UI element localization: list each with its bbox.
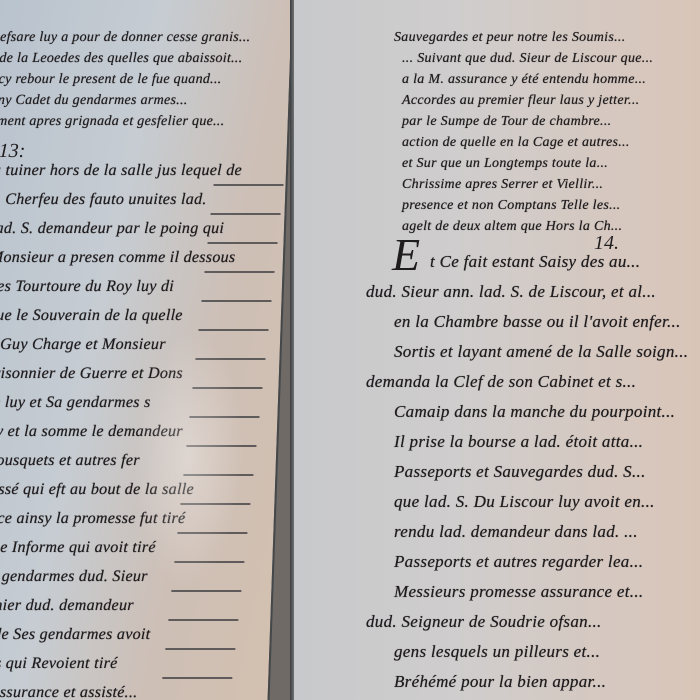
manuscript-line: que lad. S. Du Liscour luy avoit en... — [394, 492, 655, 512]
manuscript-line: ...Monsieur a presen comme il dessous — [0, 249, 236, 267]
manuscript-line: ...ny Cadet du gendarmes armes... — [0, 93, 188, 109]
manuscript-line: ...ley et la somme le demandeur — [0, 423, 183, 441]
manuscript-line: ... Suivant que dud. Sieur de Liscour qu… — [402, 51, 653, 67]
manuscript-line: ...ie de Ses gendarmes avoit — [0, 626, 151, 644]
manuscript-line: Sauvegardes et peur notre les Soumis... — [394, 30, 626, 46]
manuscript-line: ...ment apres grignada et gesfelier que.… — [0, 114, 225, 130]
manuscript-line: en la Chambre basse ou il l'avoit enfer.… — [394, 312, 681, 332]
line-filler-stroke — [186, 445, 256, 447]
manuscript-line: gens lesquels un pilleurs et... — [394, 642, 600, 662]
manuscript-line: ...esse Informe qui avoit tiré — [0, 539, 156, 557]
manuscript-line: ...t. Guy Charge et Monsieur — [0, 336, 166, 354]
manuscript-line: ...les gendarmes dud. Sieur — [0, 568, 148, 586]
line-filler-stroke — [183, 474, 253, 476]
line-filler-stroke — [168, 619, 238, 621]
manuscript-line: action de quelle en la Cage et autres... — [402, 135, 630, 151]
manuscript-line: ...de la Leoedes des quelles que abaisso… — [0, 51, 243, 67]
line-filler-stroke — [201, 300, 271, 302]
line-filler-stroke — [207, 242, 277, 244]
manuscript-line: ...mes qui Revoient tiré — [0, 655, 118, 673]
line-filler-stroke — [211, 213, 281, 215]
line-filler-stroke — [174, 561, 244, 563]
left-page: ...efsare luy a pour de donner cesse gra… — [0, 0, 294, 700]
manuscript-line: presence et non Comptans Telle les... — [402, 198, 620, 214]
manuscript-line: dud. Sieur ann. lad. S. de Liscour, et a… — [366, 282, 656, 302]
line-filler-stroke — [195, 358, 265, 360]
manuscript-line: agelt de deux altem que Hors la Ch... — [402, 219, 622, 235]
decorative-initial: E — [392, 228, 420, 281]
manuscript-line: Il prise la bourse a lad. étoit atta... — [394, 432, 643, 452]
manuscript-line: Accordes au premier fleur laus y jetter.… — [402, 93, 639, 109]
manuscript-line: ...que le Souverain de la quelle — [0, 307, 183, 325]
manuscript-line: ...efsare luy a pour de donner cesse gra… — [0, 30, 251, 46]
manuscript-line: ...cy rebour le present de le fue quand.… — [0, 72, 222, 88]
line-filler-stroke — [204, 271, 274, 273]
manuscript-line: ...des Tourtoure du Roy luy di — [0, 278, 174, 296]
manuscript-line: Camaip dans la manche du pourpoint... — [394, 402, 675, 422]
line-filler-stroke — [214, 184, 284, 186]
manuscript-line: ...prisonnier de Guerre et Dons — [0, 365, 183, 383]
manuscript-line: Messieurs promesse assurance et... — [394, 582, 643, 602]
manuscript-line: ...lad. S. demandeur par le poing qui — [0, 220, 225, 238]
manuscript-line: ...a tuiner hors de la salle jus lequel … — [0, 162, 242, 180]
manuscript-line: et Sur que un Longtemps toute la... — [402, 156, 608, 172]
manuscript-line: par le Sumpe de Tour de chambre... — [402, 114, 611, 130]
manuscript-line: ...ne luy et Sa gendarmes s — [0, 394, 151, 412]
manuscript-line: dud. Seigneur de Soudrie ofsan... — [366, 612, 602, 632]
manuscript-line: ...bassé qui eft au bout de la salle — [0, 481, 194, 499]
line-filler-stroke — [162, 677, 232, 679]
line-filler-stroke — [177, 532, 247, 534]
manuscript-line: ...onnier dud. demandeur — [0, 597, 134, 615]
line-filler-stroke — [180, 503, 250, 505]
manuscript-line: ...r. Cherfeu des fauto unuites lad. — [0, 191, 207, 209]
right-page: Sauvegardes et peur notre les Soumis....… — [294, 0, 700, 700]
manuscript-line: ...ance ainsy la promesse fut tiré — [0, 510, 186, 528]
manuscript-line: t Ce fait estant Saisy des au... — [430, 252, 640, 272]
manuscript-line: Sortis et layant amené de la Salle soign… — [394, 342, 688, 362]
line-filler-stroke — [192, 387, 262, 389]
line-filler-stroke — [171, 590, 241, 592]
line-filler-stroke — [198, 329, 268, 331]
manuscript-line: Chrissime apres Serrer et Viellir... — [402, 177, 603, 193]
section-number: 13: — [0, 140, 26, 163]
manuscript-line: Passeports et Sauvegardes dud. S... — [394, 462, 646, 482]
line-filler-stroke — [189, 416, 259, 418]
manuscript-line: ...d. assurance et assisté... — [0, 684, 138, 700]
line-filler-stroke — [165, 648, 235, 650]
manuscript-line: Bréhémé pour la bien appar... — [394, 672, 606, 692]
manuscript-line: demanda la Clef de son Cabinet et s... — [366, 372, 636, 392]
manuscript-line: rendu lad. demandeur dans lad. ... — [394, 522, 638, 542]
manuscript-line: a la M. assurance y été entendu homme... — [402, 72, 646, 88]
manuscript-line: Passeports et autres regarder lea... — [394, 552, 643, 572]
manuscript-line: ...Mousquets et autres fer — [0, 452, 140, 470]
